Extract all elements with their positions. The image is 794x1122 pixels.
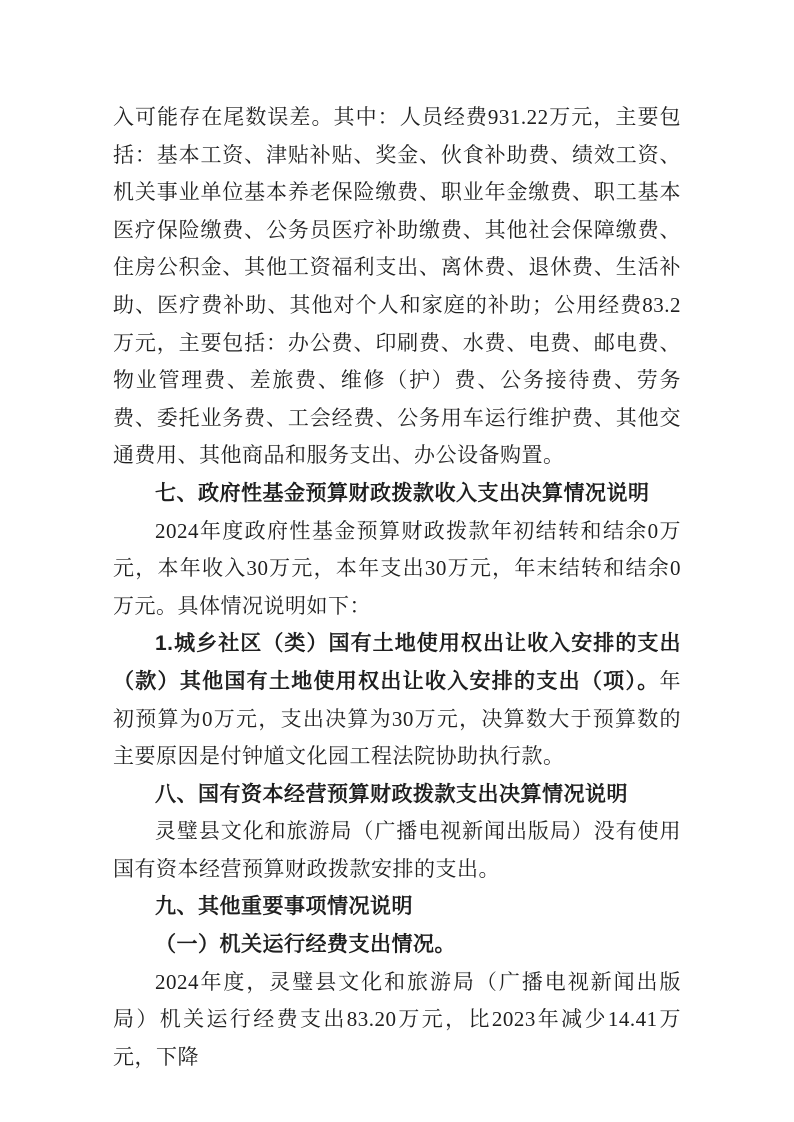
document-page: 入可能存在尾数误差。其中：人员经费931.22万元，主要包括：基本工资、津贴补贴… <box>0 0 794 1122</box>
section-7-item-1: 1.城乡社区（类）国有土地使用权出让收入安排的支出（款）其他国有土地使用权出让收… <box>113 625 681 775</box>
paragraph-continuation: 入可能存在尾数误差。其中：人员经费931.22万元，主要包括：基本工资、津贴补贴… <box>113 99 681 475</box>
section-7-heading: 七、政府性基金预算财政拨款收入支出决算情况说明 <box>113 475 681 513</box>
section-8-body: 灵璧县文化和旅游局（广播电视新闻出版局）没有使用国有资本经营预算财政拨款安排的支… <box>113 813 681 888</box>
section-8-heading: 八、国有资本经营预算财政拨款支出决算情况说明 <box>113 776 681 814</box>
section-9-sub-1-body: 2024年度，灵璧县文化和旅游局（广播电视新闻出版局）机关运行经费支出83.20… <box>113 964 681 1077</box>
section-9-heading: 九、其他重要事项情况说明 <box>113 888 681 926</box>
section-7-body: 2024年度政府性基金预算财政拨款年初结转和结余0万元，本年收入30万元，本年支… <box>113 513 681 626</box>
section-9-sub-1-heading: （一）机关运行经费支出情况。 <box>113 926 681 964</box>
section-7-item-1-title: 1.城乡社区（类）国有土地使用权出让收入安排的支出（款）其他国有土地使用权出让收… <box>113 632 681 693</box>
